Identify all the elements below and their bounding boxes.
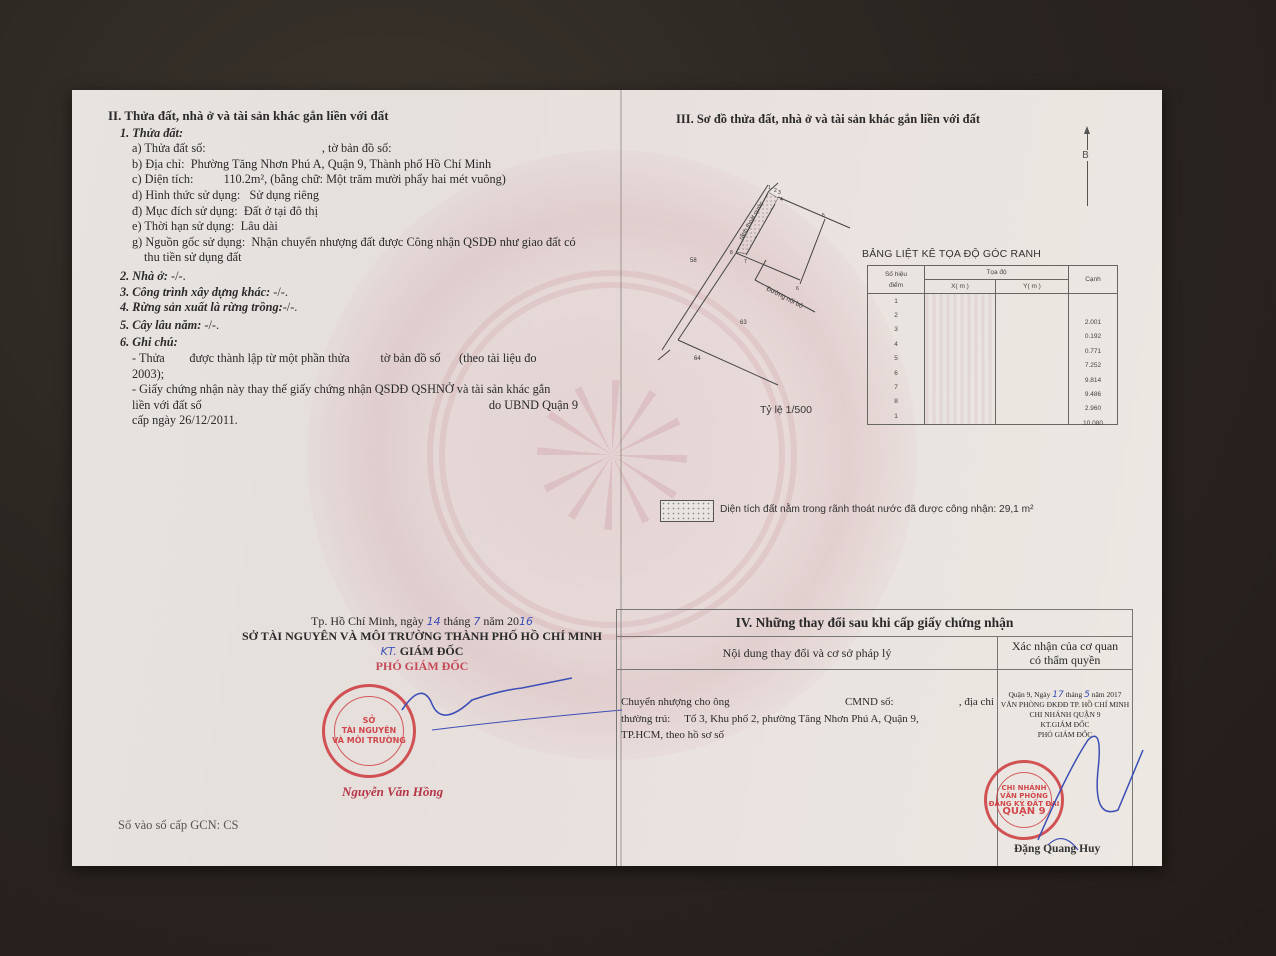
coord-row: 1 [868,294,1118,309]
issue-date: Tp. Hồ Chí Minh, ngày 14 tháng 7 năm 201… [232,614,612,629]
coord-cell-edge: 7.252 [1069,359,1118,373]
map-scale: Tỷ lệ 1/500 [760,404,812,416]
other-construction: 3. Công trình xây dựng khác: -/-. [108,285,608,301]
usage-origin: g) Nguồn gốc sử dụng: Nhận chuyển nhượng… [108,235,608,251]
coord-cell-edge: 9.814 [1069,373,1118,387]
coordinate-table: Số hiệuđiểm Tọa độ Cạnh X( m ) Y( m ) 12… [867,265,1118,425]
coord-cell-x [925,337,996,351]
house: 2. Nhà ở: -/-. [108,269,608,285]
north-label: B [1082,150,1089,161]
registry-number: Số vào sổ cấp GCN: CS [118,818,239,833]
coord-cell-point: 7 [868,380,925,394]
note-1: - Thửa được thành lập từ một phần thửa t… [108,351,608,367]
coord-cell-edge [1069,301,1118,316]
coord-cell-point: 3 [868,323,925,337]
director-title: KT. GIÁM ĐỐC [232,644,612,659]
note-2-cont: liền với đất số do UBND Quận 9 [108,398,578,414]
change-confirmation: Quận 9, Ngày 17 tháng 5 năm 2017 VĂN PHÒ… [998,670,1133,867]
coord-cell-x [925,308,996,322]
coord-cell-y [996,352,1069,366]
issuing-organization: SỞ TÀI NGUYÊN VÀ MÔI TRƯỜNG THÀNH PHỐ HỒ… [232,629,612,644]
usage-form: d) Hình thức sử dụng: Sử dụng riêng [108,188,608,204]
note-1-cont: 2003); [108,367,608,383]
coord-cell-point: 1 [868,409,925,424]
changes-table: IV. Những thay đổi sau khi cấp giấy chứn… [616,609,1133,866]
perennial-trees: 5. Cây lâu năm: -/-. [108,318,608,334]
coord-cell-x [925,294,996,309]
section-ii-title: II. Thửa đất, nhà ở và tài sản khác gắn … [108,108,608,124]
land-heading: 1. Thửa đất: [108,126,608,142]
coord-cell-point: 6 [868,366,925,380]
area: c) Diện tích: 110.2m², (bằng chữ: Một tr… [108,172,608,188]
drain-area-legend-text: Diện tích đất nằm trong rãnh thoát nước … [720,504,1034,515]
notes-heading: 6. Ghi chú: [108,335,608,351]
address: b) Địa chỉ: Phường Tăng Nhơn Phú A, Quận… [108,157,608,173]
parcel-map: rãnh thoát nước Đường nội bộ 58 63 64 1 … [650,180,870,410]
coord-cell-y [996,366,1069,380]
coord-cell-edge: 2.960 [1069,402,1118,416]
svg-text:6: 6 [796,286,799,292]
north-arrow-icon [1087,130,1088,206]
coord-table-title: BẢNG LIỆT KÊ TỌA ĐỘ GÓC RANH [862,248,1041,260]
svg-text:4: 4 [780,197,783,203]
deputy-director-title: PHÓ GIÁM ĐỐC [232,659,612,674]
coord-cell-x [925,352,996,366]
forest: 4. Rừng sản xuất là rừng trồng:-/-. [108,300,608,316]
coord-cell-y [996,409,1069,424]
change-entry: Chuyển nhượng cho ông CMND số: , địa chỉ… [617,670,998,867]
coord-cell-y [996,308,1069,322]
coord-cell-edge: 9.486 [1069,387,1118,401]
svg-text:2: 2 [774,188,777,194]
ministry-stamp: SỞ TÀI NGUYÊN VÀ MÔI TRƯỜNG [322,684,416,778]
coord-cell-x [925,323,996,337]
coord-cell-x [925,409,996,424]
coord-cell-x [925,395,996,409]
coord-cell-edge: 0.192 [1069,330,1118,344]
coord-cell-point: 4 [868,337,925,351]
coord-cell-y [996,294,1069,309]
section-iv-title: IV. Những thay đổi sau khi cấp giấy chứn… [617,610,1133,637]
coord-cell-x [925,366,996,380]
parcel-63: 63 [740,320,747,326]
section-iii-title: III. Sơ đồ thửa đất, nhà ở và tài sản kh… [676,112,980,127]
coord-cell-y [996,323,1069,337]
coord-cell-point: 5 [868,352,925,366]
issuer-signature-block: Tp. Hồ Chí Minh, ngày 14 tháng 7 năm 201… [232,614,612,674]
coord-cell-edge: 0.771 [1069,344,1118,358]
coord-cell-point: 2 [868,308,925,322]
left-page: II. Thửa đất, nhà ở và tài sản khác gắn … [108,108,608,429]
coord-cell-point: 8 [868,395,925,409]
svg-text:7: 7 [744,259,747,265]
coord-cell-y [996,337,1069,351]
branch-signer-name: Đặng Quang Huy [1014,844,1100,854]
svg-text:8: 8 [730,250,733,256]
svg-text:5: 5 [822,213,825,219]
col-content-header: Nội dung thay đổi và cơ sở pháp lý [617,637,998,670]
note-2: - Giấy chứng nhận này thay thế giấy chứn… [108,382,608,398]
branch-stamp: CHI NHÁNH VĂN PHÒNG ĐĂNG KÝ ĐẤT ĐAI QUẬN… [984,760,1064,840]
drain-area-legend-swatch [660,500,714,522]
coord-cell-y [996,380,1069,394]
land-certificate-sheet: II. Thửa đất, nhà ở và tài sản khác gắn … [72,90,1162,866]
parcel-64: 64 [694,356,701,362]
coord-cell-x [925,380,996,394]
svg-text:1: 1 [768,185,771,191]
coord-cell-edge: 10.080 [1069,416,1118,431]
issuer-signer-name: Nguyễn Văn Hồng [342,784,443,800]
coord-cell-point: 1 [868,294,925,309]
coord-cell-y [996,395,1069,409]
parcel-58: 58 [690,258,697,264]
usage-term: e) Thời hạn sử dụng: Lâu dài [108,219,608,235]
parcel-number: a) Thửa đất số: , tờ bản đồ số: [108,141,608,157]
coord-cell-edge: 2.001 [1069,315,1118,329]
svg-text:3: 3 [778,190,781,196]
note-2-date: cấp ngày 26/12/2011. [108,413,608,429]
usage-purpose: đ) Mục đích sử dụng: Đất ở tại đô thị [108,204,608,220]
usage-origin-cont: thu tiền sử dụng đất [108,250,608,266]
col-confirm-header: Xác nhận của cơ quancó thẩm quyền [998,637,1133,670]
